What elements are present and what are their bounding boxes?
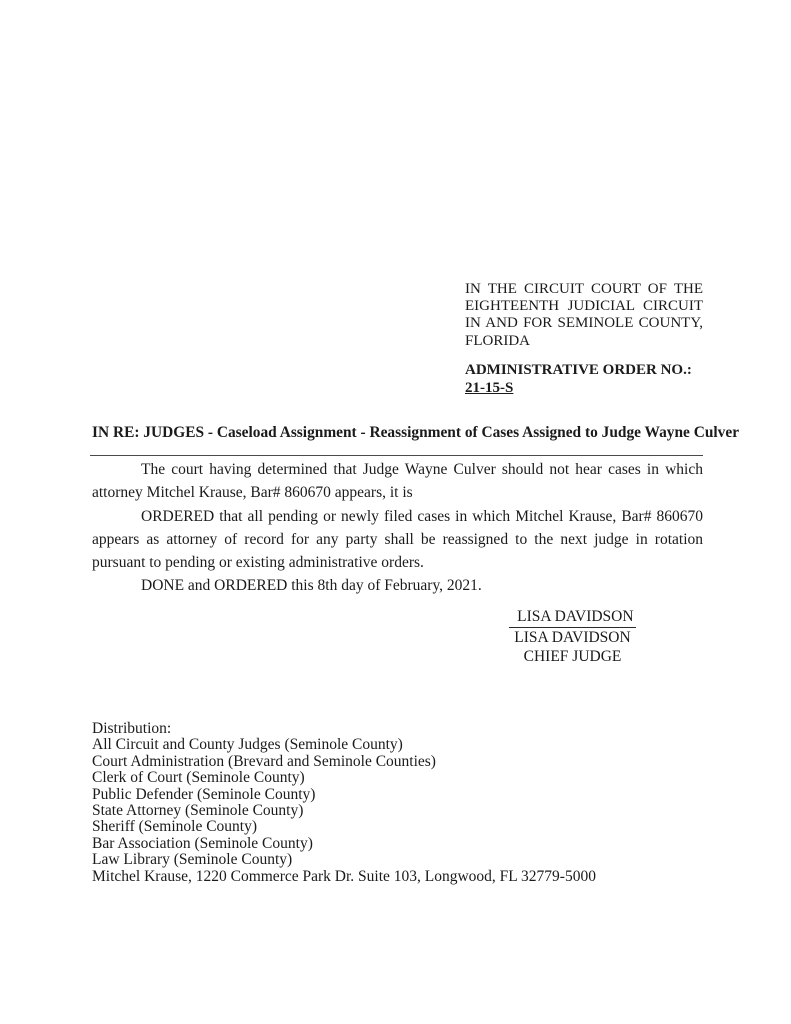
order-body: The court having determined that Judge W… (92, 458, 703, 598)
order-title: IN RE: JUDGES - Caseload Assignment - Re… (92, 424, 732, 442)
title-divider-rule (90, 455, 703, 456)
document-page: IN THE CIRCUIT COURT OF THE EIGHTEENTH J… (0, 0, 791, 1024)
distribution-item: Sheriff (Seminole County) (92, 819, 652, 835)
distribution-item: All Circuit and County Judges (Seminole … (92, 737, 652, 753)
signature-signed-name: LISA DAVIDSON (509, 607, 635, 628)
distribution-item: Mitchel Krause, 1220 Commerce Park Dr. S… (92, 869, 652, 885)
distribution-item: Public Defender (Seminole County) (92, 787, 652, 803)
distribution-item: Law Library (Seminole County) (92, 852, 652, 868)
court-name-line: IN AND FOR SEMINOLE COUNTY, (465, 315, 703, 332)
signature-printed-name: LISA DAVIDSON (455, 628, 690, 648)
distribution-heading: Distribution: (92, 721, 652, 737)
distribution-item: State Attorney (Seminole County) (92, 803, 652, 819)
distribution-item: Bar Association (Seminole County) (92, 836, 652, 852)
distribution-item: Clerk of Court (Seminole County) (92, 770, 652, 786)
signature-block: LISA DAVIDSON LISA DAVIDSON CHIEF JUDGE (455, 607, 690, 667)
court-name-line: EIGHTEENTH JUDICIAL CIRCUIT (465, 298, 703, 315)
distribution-list: Distribution: All Circuit and County Jud… (92, 721, 652, 885)
court-name-line: IN THE CIRCUIT COURT OF THE (465, 281, 703, 298)
body-paragraph-done-ordered: DONE and ORDERED this 8th day of Februar… (92, 574, 703, 597)
court-name-line: FLORIDA (465, 333, 703, 350)
body-paragraph-ordered: ORDERED that all pending or newly filed … (92, 505, 703, 575)
body-paragraph-determination: The court having determined that Judge W… (92, 458, 703, 505)
administrative-order-label: ADMINISTRATIVE ORDER NO.: (465, 362, 710, 380)
court-name-block: IN THE CIRCUIT COURT OF THE EIGHTEENTH J… (465, 281, 703, 350)
distribution-item: Court Administration (Brevard and Semino… (92, 754, 652, 770)
signature-title: CHIEF JUDGE (455, 647, 690, 667)
administrative-order-block: ADMINISTRATIVE ORDER NO.: 21-15-S (465, 362, 710, 397)
signature-line: LISA DAVIDSON (455, 607, 690, 628)
administrative-order-number: 21-15-S (465, 380, 710, 398)
